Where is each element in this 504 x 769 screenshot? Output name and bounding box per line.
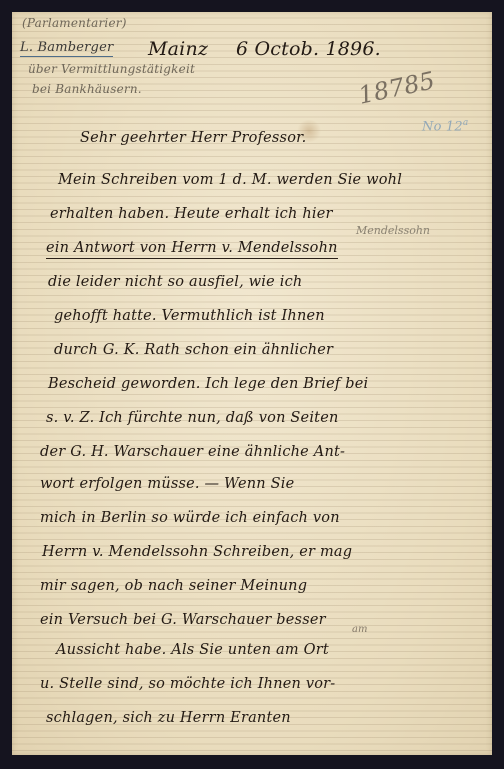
- letter-date: 6 Octob. 1896.: [236, 38, 381, 60]
- letter-line: Mein Schreiben vom 1 d. M. werden Sie wo…: [58, 172, 402, 188]
- letter-line: Bescheid geworden. Ich lege den Brief be…: [48, 376, 368, 392]
- letter-line: die leider nicht so ausfiel, wie ich: [48, 274, 302, 290]
- item-number-sup: a: [463, 118, 469, 128]
- letter-line: schlagen, sich zu Herrn Eranten: [46, 710, 291, 726]
- archival-sender: L. Bamberger: [20, 40, 113, 57]
- archival-subject-line-1: über Vermittlungstätigkeit: [28, 62, 195, 76]
- item-number-text: No 12: [422, 119, 463, 134]
- letter-line: durch G. K. Rath schon ein ähnlicher: [54, 342, 333, 358]
- letter-line: Herrn v. Mendelssohn Schreiben, er mag: [42, 544, 352, 560]
- archival-category: (Parlamentarier): [22, 16, 127, 30]
- letter-line: der G. H. Warschauer eine ähnliche Ant-: [40, 444, 345, 460]
- letter-line: ein Antwort von Herrn v. Mendelssohn: [46, 240, 338, 256]
- letter-line: erhalten haben. Heute erhalt ich hier: [50, 206, 333, 222]
- letter-line: Aussicht habe. Als Sie unten am Ort: [56, 642, 329, 658]
- letter-line: wort erfolgen müsse. — Wenn Sie: [40, 476, 294, 492]
- letter-line: u. Stelle sind, so möchte ich Ihnen vor-: [40, 676, 335, 692]
- letter-salutation: Sehr geehrter Herr Professor.: [80, 130, 306, 146]
- letter-line: gehofft hatte. Vermuthlich ist Ihnen: [54, 308, 325, 324]
- letter-line: mich in Berlin so würde ich einfach von: [40, 510, 340, 526]
- archival-item-number: No 12a: [422, 118, 468, 134]
- letter-line: s. v. Z. Ich fürchte nun, daß von Seiten: [46, 410, 339, 426]
- interlinear-above: am: [352, 624, 367, 635]
- letter-paper: (Parlamentarier) L. Bamberger über Vermi…: [12, 12, 492, 755]
- letter-line: mir sagen, ob nach seiner Meinung: [40, 578, 307, 594]
- letter-line-text: ein Antwort von Herrn v. Mendelssohn: [46, 240, 338, 259]
- letter-line: ein Versuch bei G. Warschauer besser: [40, 612, 326, 628]
- interlinear-note: Mendelssohn: [356, 224, 430, 237]
- letter-place: Mainz: [148, 38, 208, 60]
- archival-subject-line-2: bei Bankhäusern.: [32, 82, 142, 96]
- archival-catalog-number: 18785: [356, 66, 437, 109]
